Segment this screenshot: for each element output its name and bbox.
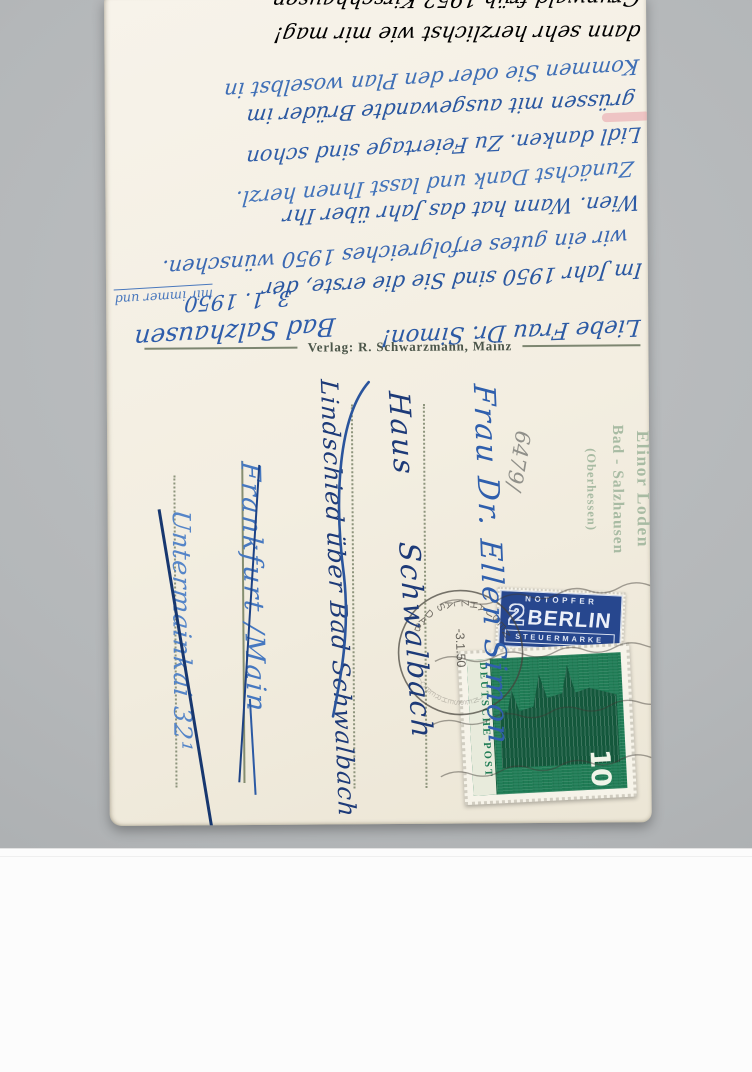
underline-flourish-main (249, 699, 257, 795)
message-line: dann sehr herzlichst wie mir mag! (110, 10, 640, 48)
message-heading-row: Liebe Frau Dr. Simon! Bad Salzhausen (112, 310, 642, 350)
underline-flourish (329, 376, 375, 721)
scan-mat (0, 848, 752, 1072)
pencil-note: 6479/ (501, 429, 535, 493)
salutation: Liebe Frau Dr. Simon! (380, 314, 641, 350)
postmark-date: -3.1.50 (453, 628, 469, 668)
flourish-stroke (331, 382, 371, 716)
heading-place: Bad Salzhausen (133, 312, 336, 350)
address-crossed-city: Frankfurt /Main (234, 460, 271, 714)
message-line-text: dann sehr herzlichst wie mir mag! (272, 20, 642, 47)
mat-divider-line (0, 856, 752, 857)
postcard: Verlag: R. Schwarzmann, Mainz Liebe Frau… (104, 0, 652, 826)
handwritten-message: Liebe Frau Dr. Simon! Bad Salzhausen 3. … (110, 0, 642, 350)
